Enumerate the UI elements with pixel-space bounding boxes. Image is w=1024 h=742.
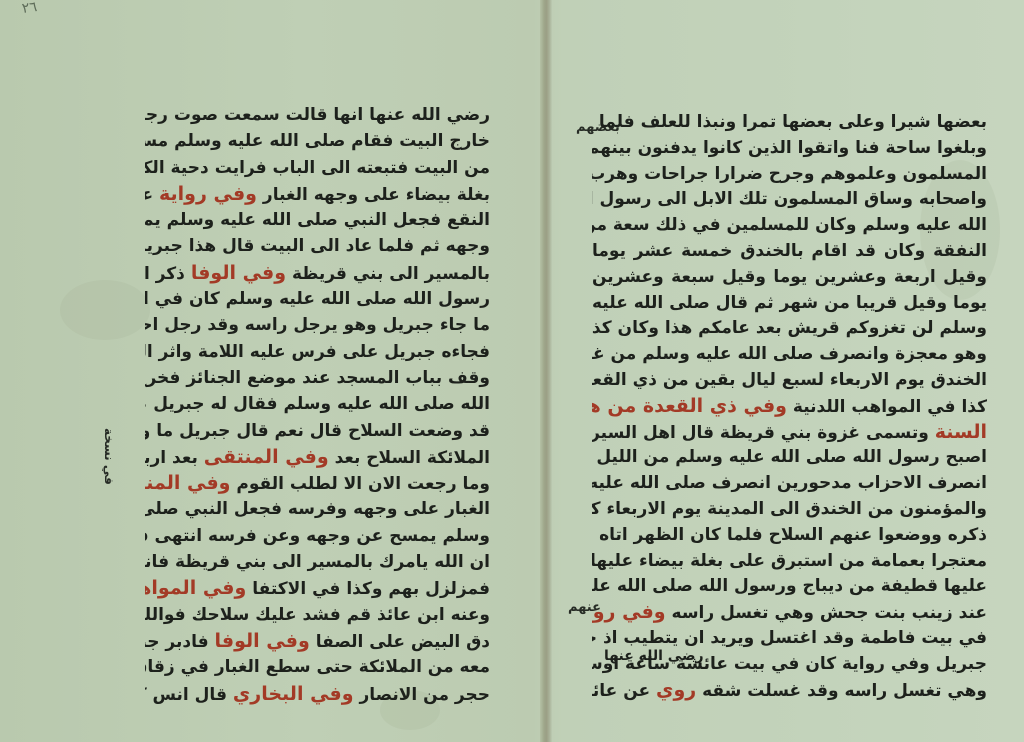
manuscript-line: وهي تغسل راسه وقد غسلت شقه روي عن عائشة — [592, 678, 987, 704]
manuscript-line: كذا في المواهب اللدنية وفي ذي القعدة من … — [592, 394, 987, 420]
manuscript-line: قد وضعت السلاح قال نعم قال جبريل ما وضعت — [145, 418, 490, 444]
body-text: النقع فجعل النبي صلى الله عليه وسلم يمسح… — [145, 210, 490, 230]
rubric-text: وفي المنتقى — [204, 446, 329, 468]
body-text: الملائكة السلاح بعد — [329, 448, 490, 468]
manuscript-line: حجر من الانصار وفي البخاري قال انس كاني … — [145, 681, 490, 707]
body-text: بعد اربعين ليلة — [145, 448, 204, 468]
binding-gutter — [540, 0, 552, 742]
body-text: بالمسير الى بني قريظة — [286, 264, 490, 284]
manuscript-line: من البيت فتبعته الى الباب فرايت دحية الك… — [145, 155, 490, 181]
rubric-text: وفي المواهب اللدنية — [145, 577, 246, 599]
body-text: وتسمى غزوة بني قريظة قال اهل السير لما — [592, 423, 935, 443]
body-text: دق البيض على الصفا — [310, 632, 490, 652]
rubric-text: وفي البخاري — [233, 683, 354, 705]
body-text: في بيت فاطمة وقد اغتسل ويريد ان يتطيب اذ… — [592, 628, 987, 648]
body-text: الله صلى الله عليه وسلم فقال له جبريل غف… — [145, 394, 490, 414]
manuscript-line: السنة وتسمى غزوة بني قريظة قال اهل السير… — [592, 420, 987, 446]
manuscript-line: وما رجعت الان الا لطلب القوم وفي المنتقى… — [145, 470, 490, 496]
body-text: عن عائشة — [592, 681, 656, 701]
body-text: قال انس كاني انظر الى — [145, 685, 233, 705]
manuscript-line: رسول الله صلى الله عليه وسلم كان في المغ… — [145, 286, 490, 312]
rubric-text: وفي رواية — [592, 601, 666, 623]
manuscript-line: الخندق يوم الاربعاء لسبع ليال بقين من ذي… — [592, 368, 987, 394]
body-text: كذا في المواهب اللدنية — [787, 397, 987, 417]
manuscript-line: وقيل اربعة وعشرين يوما وقيل سبعة وعشرين — [592, 265, 987, 291]
body-text: الله عليه وسلم وكان للمسلمين في ذلك سعة … — [592, 215, 987, 235]
manuscript-line: بالمسير الى بني قريظة وفي الوفا ذكر ابن … — [145, 260, 490, 286]
body-text: الخندق يوم الاربعاء لسبع ليال بقين من ذي… — [592, 370, 987, 390]
left-page: ٢٦ في نسخة رضي الله عنها انها قالت سمعت … — [0, 0, 540, 742]
body-text: المسلمون وعلموهم وجرح ضرارا جراحات وهرب … — [592, 164, 987, 184]
body-text: ذكر ابن عقبة ان — [145, 264, 191, 284]
manuscript-line: دق البيض على الصفا وفي الوفا فادبر جبريل… — [145, 628, 490, 654]
manuscript-line: وسلم يمسح عن وجهه وعن فرسه انتهى قال جبر… — [145, 523, 490, 549]
left-margin-note: في نسخة — [102, 428, 116, 485]
body-text: يوما وقيل قريبا من شهر ثم قال صلى الله ع… — [592, 293, 987, 313]
manuscript-line: ان الله يامرك بالمسير الى بني قريظة فانا… — [145, 549, 490, 575]
manuscript-line: خارج البيت فقام صلى الله عليه وسلم مستعج… — [145, 128, 490, 154]
manuscript-line: النفقة وكان قد اقام بالخندق خمسة عشر يوم… — [592, 239, 987, 265]
manuscript-line: الغبار على وجهه وفرسه فجعل النبي صلى الل… — [145, 496, 490, 522]
manuscript-line: رضي الله عنها انها قالت سمعت صوت رجل سلم… — [145, 102, 490, 128]
manuscript-line: وسلم لن تغزوكم قريش بعد عامكم هذا وكان ك… — [592, 316, 987, 342]
manuscript-line: وبلغوا ساحة فنا واتقوا الذين كانوا يدفنو… — [592, 136, 987, 162]
manuscript-line: وهو معجزة وانصرف صلى الله عليه وسلم من غ… — [592, 342, 987, 368]
manuscript-line: الله عليه وسلم وكان للمسلمين في ذلك سعة … — [592, 213, 987, 239]
manuscript-line: بعضها شيرا وعلى بعضها تمرا ونبذا للعلف ف… — [592, 110, 987, 136]
body-text: بعضها شيرا وعلى بعضها تمرا ونبذا للعلف ف… — [592, 112, 987, 132]
body-text: وسلم لن تغزوكم قريش بعد عامكم هذا وكان ك… — [592, 318, 987, 338]
body-text: رسول الله صلى الله عليه وسلم كان في المغ… — [145, 289, 490, 309]
body-text: خارج البيت فقام صلى الله عليه وسلم مستعج… — [145, 131, 490, 151]
body-text: واصحابه وساق المسلمون تلك الابل الى رسول… — [592, 189, 987, 209]
manuscript-line: واصحابه وساق المسلمون تلك الابل الى رسول… — [592, 187, 987, 213]
body-text: وهي تغسل راسه وقد غسلت شقه — [696, 681, 987, 701]
body-text: انصرف الاحزاب مدحورين انصرف صلى الله علي… — [592, 473, 987, 493]
body-text: والمؤمنون من الخندق الى المدينة يوم الار… — [592, 499, 987, 519]
manuscript-line: الله صلى الله عليه وسلم فقال له جبريل غف… — [145, 391, 490, 417]
manuscript-line: انصرف الاحزاب مدحورين انصرف صلى الله علي… — [592, 471, 987, 497]
body-text: وهو معجزة وانصرف صلى الله عليه وسلم من غ… — [592, 344, 987, 364]
manuscript-line: ما جاء جبريل وهو يرجل راسه وقد رجل احد ش… — [145, 312, 490, 338]
rubric-text: وفي رواية — [159, 183, 257, 205]
manuscript-spread: ٢٦ في نسخة رضي الله عنها انها قالت سمعت … — [0, 0, 1024, 742]
body-text: وجهه ثم فلما عاد الى البيت قال هذا جبريل… — [145, 236, 490, 256]
manuscript-line: عند زينب بنت جحش وهي تغسل راسه وفي رواية — [592, 600, 987, 626]
manuscript-line: وقف بباب المسجد عند موضع الجنائز فخرج ال… — [145, 365, 490, 391]
body-text: الغبار على وجهه وفرسه فجعل النبي صلى الل… — [145, 499, 490, 519]
body-text: حجر من الانصار — [354, 685, 490, 705]
rubric-text: وفي ذي القعدة من هذه — [592, 395, 787, 417]
body-text: وعنه ابن عائذ قم فشد عليك سلاحك فوالله ل… — [145, 605, 490, 625]
manuscript-line: فمزلزل بهم وكذا في الاكتفا وفي المواهب ا… — [145, 575, 490, 601]
body-text: فجاءه جبريل على فرس عليه اللامة واثر الغ… — [145, 342, 490, 362]
body-text: وقف بباب المسجد عند موضع الجنائز فخرج ال… — [145, 368, 490, 388]
body-text: عند زينب بنت جحش وهي تغسل راسه — [666, 603, 987, 623]
body-text: قد وضعت السلاح قال نعم قال جبريل ما وضعت — [145, 421, 490, 441]
body-text: وسلم يمسح عن وجهه وعن فرسه انتهى قال جبر… — [145, 526, 490, 546]
body-text: وبلغوا ساحة فنا واتقوا الذين كانوا يدفنو… — [592, 138, 987, 158]
rubric-text: وفي الوفا — [215, 630, 310, 652]
body-text: على ثناياه — [145, 185, 159, 205]
body-text: وما رجعت الان الا لطلب القوم — [230, 474, 490, 494]
manuscript-line: عليها قطيفة من ديباج ورسول الله صلى الله… — [592, 574, 987, 600]
manuscript-line: النقع فجعل النبي صلى الله عليه وسلم يمسح… — [145, 207, 490, 233]
body-text: عليها قطيفة من ديباج ورسول الله صلى الله… — [592, 576, 987, 596]
body-text: فمزلزل بهم وكذا في الاكتفا — [246, 579, 490, 599]
body-text: من البيت فتبعته الى الباب فرايت دحية الك… — [145, 158, 490, 178]
body-text: ان الله يامرك بالمسير الى بني قريظة فانا… — [145, 552, 490, 572]
body-text: معه من الملائكة حتى سطع الغبار في زقاق ب… — [145, 657, 490, 677]
manuscript-line: معه من الملائكة حتى سطع الغبار في زقاق ب… — [145, 654, 490, 680]
manuscript-line: وجهه ثم فلما عاد الى البيت قال هذا جبريل… — [145, 233, 490, 259]
body-text: وقيل اربعة وعشرين يوما وقيل سبعة وعشرين — [592, 267, 987, 287]
manuscript-line: بغلة بيضاء على وجهه الغبار وفي رواية على… — [145, 181, 490, 207]
body-text: رضي الله عنها انها قالت سمعت صوت رجل سلم… — [145, 105, 490, 125]
body-text: بغلة بيضاء على وجهه الغبار — [257, 185, 490, 205]
closing-line: رضي الله عنها — [604, 648, 704, 664]
rubric-text: وفي المنتقى — [145, 472, 230, 494]
manuscript-line: فجاءه جبريل على فرس عليه اللامة واثر الغ… — [145, 339, 490, 365]
body-text: فادبر جبريل ومن — [145, 632, 215, 652]
body-text: معتجرا بعمامة من استبرق على بغلة بيضاء ع… — [592, 551, 987, 571]
folio-number: ٢٦ — [21, 0, 38, 17]
rubric-text: وفي الوفا — [191, 262, 286, 284]
body-text: اصبح رسول الله صلى الله عليه وسلم من الل… — [592, 447, 987, 467]
right-text-block: بعضها شيرا وعلى بعضها تمرا ونبذا للعلف ف… — [592, 110, 987, 703]
right-page: بعضهم عنهم بعضها شيرا وعلى بعضها تمرا ون… — [552, 0, 1024, 742]
rubric-text: السنة — [935, 421, 987, 443]
body-text: ذكره ووضعوا عنهم السلاح فلما كان الظهر ا… — [592, 525, 987, 545]
manuscript-line: المسلمون وعلموهم وجرح ضرارا جراحات وهرب … — [592, 162, 987, 188]
body-text: ما جاء جبريل وهو يرجل راسه وقد رجل احد ش… — [145, 315, 490, 335]
left-text-block: رضي الله عنها انها قالت سمعت صوت رجل سلم… — [145, 102, 490, 707]
manuscript-line: يوما وقيل قريبا من شهر ثم قال صلى الله ع… — [592, 291, 987, 317]
manuscript-line: اصبح رسول الله صلى الله عليه وسلم من الل… — [592, 445, 987, 471]
manuscript-line: الملائكة السلاح بعد وفي المنتقى بعد اربع… — [145, 444, 490, 470]
rubric-text: روي — [656, 679, 696, 701]
body-text: النفقة وكان قد اقام بالخندق خمسة عشر يوم… — [592, 241, 987, 261]
manuscript-line: وعنه ابن عائذ قم فشد عليك سلاحك فوالله ل… — [145, 602, 490, 628]
manuscript-line: والمؤمنون من الخندق الى المدينة يوم الار… — [592, 497, 987, 523]
manuscript-line: معتجرا بعمامة من استبرق على بغلة بيضاء ع… — [592, 549, 987, 575]
manuscript-line: ذكره ووضعوا عنهم السلاح فلما كان الظهر ا… — [592, 523, 987, 549]
